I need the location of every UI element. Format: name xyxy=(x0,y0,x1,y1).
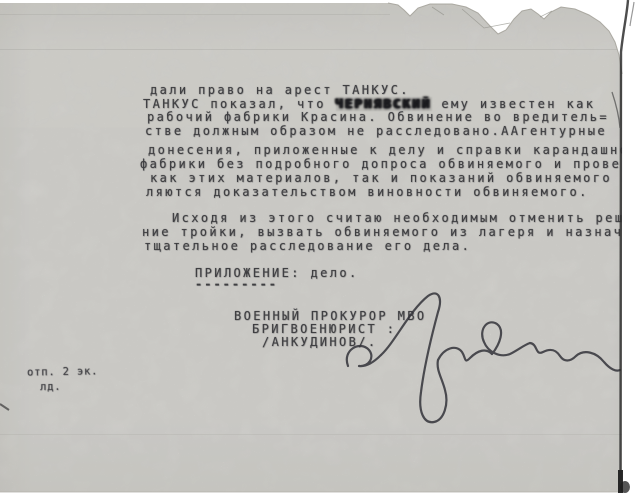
typed-line: донесения, приложенные к делу и справки … xyxy=(148,144,639,157)
typed-line: тщательное расследование его дела. xyxy=(144,240,471,253)
typed-line: Исходя из этого считаю необходимым отмен… xyxy=(172,212,624,225)
scanned-document: дали право на арест ТАНКУС. ТАНКУС показ… xyxy=(0,0,640,500)
attachment-underline: --------- xyxy=(195,278,278,291)
paper-sheet: дали право на арест ТАНКУС. ТАНКУС показ… xyxy=(0,0,640,500)
typist-initials-note: лд. xyxy=(40,381,62,394)
typed-line: ляются доказательством виновности обвиня… xyxy=(146,186,589,199)
crease-line xyxy=(0,49,622,50)
signatory-name-line: /АНКУДИНОВ/. xyxy=(262,336,378,349)
typed-line: дали право на арест ТАНКУС. xyxy=(150,84,410,97)
typed-text: ТАНКУС показал, что xyxy=(143,97,336,111)
typed-line: стве должным образом не расследовано.ААг… xyxy=(145,125,607,138)
typed-line: рабочий фабрики Красина. Обвинение во вр… xyxy=(147,111,609,124)
typed-text: ему известен как xyxy=(432,97,596,111)
copies-note: отп. 2 эк. xyxy=(27,365,98,379)
typed-line: как этих материалов, так и показаний обв… xyxy=(150,172,640,185)
typed-line: ние тройки, вызвать обвиняемого из лагер… xyxy=(142,226,633,239)
defendant-name-smudged: ЧЕРНЯВСКИЙ xyxy=(336,97,432,111)
crease-line xyxy=(0,14,390,15)
typed-line: фабрики без подробного допроса обвиняемо… xyxy=(140,158,640,171)
crease-line xyxy=(0,434,622,435)
